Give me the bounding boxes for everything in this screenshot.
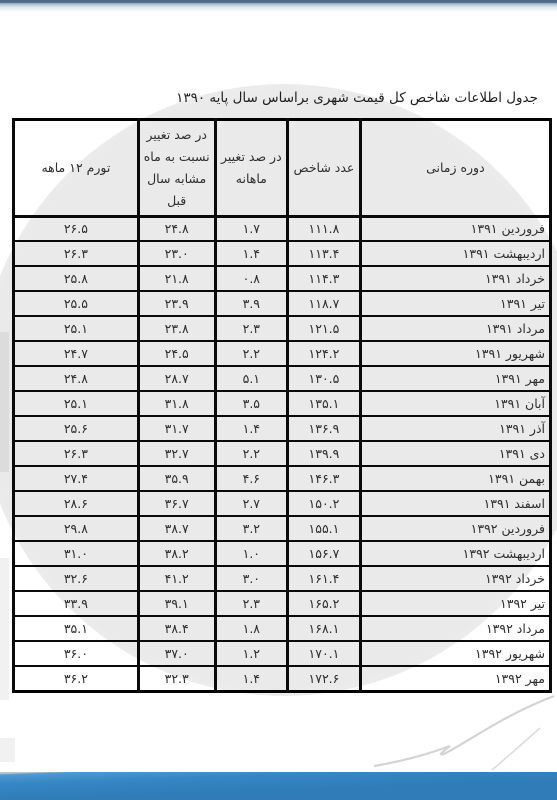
cell-yoy_change: ۳۲.۳ — [138, 666, 215, 691]
table-row: تیر ۱۳۹۱۱۱۸.۷۳.۹۲۳.۹۲۵.۵ — [14, 291, 551, 316]
cell-monthly_change: ۱.۲ — [215, 641, 288, 666]
cell-index: ۱۲۴.۲ — [288, 341, 361, 366]
cell-monthly_change: ۳.۲ — [215, 516, 288, 541]
cell-monthly_change: ۲.۲ — [215, 441, 288, 466]
cell-index: ۱۱۳.۴ — [288, 241, 361, 266]
cell-inflation_12m: ۳۲.۶ — [14, 566, 139, 591]
table-row: آبان ۱۳۹۱۱۳۵.۱۳.۵۳۱.۸۲۵.۱ — [14, 391, 551, 416]
cell-monthly_change: ۱.۰ — [215, 541, 288, 566]
table-row: تیر ۱۳۹۲۱۶۵.۲۲.۳۳۹.۱۳۳.۹ — [14, 591, 551, 616]
cell-yoy_change: ۳۲.۷ — [138, 441, 215, 466]
column-header-index: عدد شاخص — [288, 120, 361, 217]
cell-monthly_change: ۱.۴ — [215, 416, 288, 441]
cell-index: ۱۵۶.۷ — [288, 541, 361, 566]
table-row: فروردین ۱۳۹۲۱۵۵.۱۳.۲۳۸.۷۲۹.۸ — [14, 516, 551, 541]
cell-period: اردیبهشت ۱۳۹۲ — [360, 541, 550, 566]
table-row: خرداد ۱۳۹۱۱۱۴.۳۰.۸۲۱.۸۲۵.۸ — [14, 266, 551, 291]
cell-yoy_change: ۳۶.۷ — [138, 491, 215, 516]
cell-index: ۱۵۵.۱ — [288, 516, 361, 541]
cell-index: ۱۳۰.۵ — [288, 366, 361, 391]
cell-inflation_12m: ۳۶.۰ — [14, 641, 139, 666]
table-body: فروردین ۱۳۹۱۱۱۱.۸۱.۷۲۴.۸۲۶.۵اردیبهشت ۱۳۹… — [14, 216, 551, 691]
cell-period: شهریور ۱۳۹۱ — [360, 341, 550, 366]
scan-artifact-stripe — [0, 558, 9, 700]
table-row: اسفند ۱۳۹۱۱۵۰.۲۲.۷۳۶.۷۲۸.۶ — [14, 491, 551, 516]
cell-period: تیر ۱۳۹۲ — [360, 591, 550, 616]
scan-artifact-stripe — [0, 332, 9, 472]
cell-yoy_change: ۳۸.۷ — [138, 516, 215, 541]
page-title: جدول اطلاعات شاخص کل قیمت شهری براساس سا… — [176, 90, 538, 106]
cell-inflation_12m: ۳۵.۱ — [14, 616, 139, 641]
table-row: دی ۱۳۹۱۱۳۹.۹۲.۲۳۲.۷۲۶.۳ — [14, 441, 551, 466]
table-header: دوره زمانی عدد شاخص در صد تغییر ماهانه د… — [14, 120, 551, 217]
cell-inflation_12m: ۳۱.۰ — [14, 541, 139, 566]
cell-yoy_change: ۲۴.۸ — [138, 216, 215, 241]
cell-period: آذر ۱۳۹۱ — [360, 416, 550, 441]
cell-yoy_change: ۲۳.۰ — [138, 241, 215, 266]
cell-inflation_12m: ۲۹.۸ — [14, 516, 139, 541]
cell-yoy_change: ۲۳.۹ — [138, 291, 215, 316]
table-row: بهمن ۱۳۹۱۱۴۶.۳۴.۶۳۵.۹۲۷.۴ — [14, 466, 551, 491]
background-sketch-lines — [372, 694, 557, 774]
cell-period: اسفند ۱۳۹۱ — [360, 491, 550, 516]
cell-index: ۱۱۱.۸ — [288, 216, 361, 241]
price-index-table: دوره زمانی عدد شاخص در صد تغییر ماهانه د… — [12, 118, 552, 693]
cell-index: ۱۴۶.۳ — [288, 466, 361, 491]
cell-index: ۱۵۰.۲ — [288, 491, 361, 516]
cell-monthly_change: ۳.۵ — [215, 391, 288, 416]
cell-yoy_change: ۲۳.۸ — [138, 316, 215, 341]
cell-monthly_change: ۱.۴ — [215, 666, 288, 691]
table-row: آذر ۱۳۹۱۱۳۶.۹۱.۴۳۱.۷۲۵.۶ — [14, 416, 551, 441]
cell-period: فروردین ۱۳۹۲ — [360, 516, 550, 541]
cell-inflation_12m: ۲۵.۱ — [14, 316, 139, 341]
cell-index: ۱۳۹.۹ — [288, 441, 361, 466]
cell-inflation_12m: ۲۶.۳ — [14, 441, 139, 466]
cell-yoy_change: ۳۵.۹ — [138, 466, 215, 491]
cell-yoy_change: ۳۸.۲ — [138, 541, 215, 566]
cell-index: ۱۳۵.۱ — [288, 391, 361, 416]
cell-index: ۱۷۰.۱ — [288, 641, 361, 666]
cell-period: تیر ۱۳۹۱ — [360, 291, 550, 316]
cell-inflation_12m: ۲۵.۸ — [14, 266, 139, 291]
cell-monthly_change: ۲.۳ — [215, 591, 288, 616]
table-row: مهر ۱۳۹۱۱۳۰.۵۵.۱۲۸.۷۲۴.۸ — [14, 366, 551, 391]
cell-index: ۱۷۲.۶ — [288, 666, 361, 691]
cell-index: ۱۶۱.۴ — [288, 566, 361, 591]
top-edge-bar — [0, 0, 557, 12]
cell-inflation_12m: ۲۵.۵ — [14, 291, 139, 316]
cell-monthly_change: ۱.۸ — [215, 616, 288, 641]
cell-period: دی ۱۳۹۱ — [360, 441, 550, 466]
cell-inflation_12m: ۲۷.۴ — [14, 466, 139, 491]
cell-yoy_change: ۳۸.۴ — [138, 616, 215, 641]
column-header-12m-inflation: تورم ۱۲ ماهه — [14, 120, 139, 217]
cell-period: اردیبهشت ۱۳۹۱ — [360, 241, 550, 266]
table-row: مهر ۱۳۹۲۱۷۲.۶۱.۴۳۲.۳۳۶.۲ — [14, 666, 551, 691]
cell-inflation_12m: ۲۵.۱ — [14, 391, 139, 416]
column-header-period: دوره زمانی — [360, 120, 550, 217]
column-header-monthly-change: در صد تغییر ماهانه — [215, 120, 288, 217]
table-row: شهریور ۱۳۹۱۱۲۴.۲۲.۲۲۴.۵۲۴.۷ — [14, 341, 551, 366]
cell-inflation_12m: ۲۴.۷ — [14, 341, 139, 366]
cell-monthly_change: ۵.۱ — [215, 366, 288, 391]
cell-index: ۱۶۸.۱ — [288, 616, 361, 641]
cell-inflation_12m: ۲۸.۶ — [14, 491, 139, 516]
column-header-yoy-change: در صد تغییر نسبت به ماه مشابه سال قبل — [138, 120, 215, 217]
cell-period: مهر ۱۳۹۲ — [360, 666, 550, 691]
cell-monthly_change: ۱.۷ — [215, 216, 288, 241]
cell-monthly_change: ۲.۳ — [215, 316, 288, 341]
cell-period: مرداد ۱۳۹۱ — [360, 316, 550, 341]
header-row: دوره زمانی عدد شاخص در صد تغییر ماهانه د… — [14, 120, 551, 217]
cell-period: شهریور ۱۳۹۲ — [360, 641, 550, 666]
cell-yoy_change: ۳۱.۷ — [138, 416, 215, 441]
table-row: خرداد ۱۳۹۲۱۶۱.۴۳.۰۴۱.۲۳۲.۶ — [14, 566, 551, 591]
cell-monthly_change: ۳.۹ — [215, 291, 288, 316]
cell-index: ۱۱۴.۳ — [288, 266, 361, 291]
cell-period: فروردین ۱۳۹۱ — [360, 216, 550, 241]
cell-period: بهمن ۱۳۹۱ — [360, 466, 550, 491]
cell-period: خرداد ۱۳۹۱ — [360, 266, 550, 291]
table-row: شهریور ۱۳۹۲۱۷۰.۱۱.۲۳۷.۰۳۶.۰ — [14, 641, 551, 666]
cell-yoy_change: ۳۱.۸ — [138, 391, 215, 416]
cell-inflation_12m: ۲۵.۶ — [14, 416, 139, 441]
cell-index: ۱۶۵.۲ — [288, 591, 361, 616]
cell-period: مرداد ۱۳۹۲ — [360, 616, 550, 641]
cell-yoy_change: ۴۱.۲ — [138, 566, 215, 591]
cell-monthly_change: ۳.۰ — [215, 566, 288, 591]
bottom-edge-bar — [0, 772, 557, 800]
cell-monthly_change: ۲.۷ — [215, 491, 288, 516]
page: جدول اطلاعات شاخص کل قیمت شهری براساس سا… — [0, 0, 557, 800]
table-row: فروردین ۱۳۹۱۱۱۱.۸۱.۷۲۴.۸۲۶.۵ — [14, 216, 551, 241]
cell-index: ۱۲۱.۵ — [288, 316, 361, 341]
table-row: اردیبهشت ۱۳۹۱۱۱۳.۴۱.۴۲۳.۰۲۶.۳ — [14, 241, 551, 266]
cell-index: ۱۳۶.۹ — [288, 416, 361, 441]
cell-yoy_change: ۳۷.۰ — [138, 641, 215, 666]
cell-inflation_12m: ۳۶.۲ — [14, 666, 139, 691]
table-row: مرداد ۱۳۹۱۱۲۱.۵۲.۳۲۳.۸۲۵.۱ — [14, 316, 551, 341]
cell-yoy_change: ۲۸.۷ — [138, 366, 215, 391]
cell-inflation_12m: ۲۶.۵ — [14, 216, 139, 241]
cell-monthly_change: ۴.۶ — [215, 466, 288, 491]
cell-monthly_change: ۰.۸ — [215, 266, 288, 291]
scan-artifact-stripe — [0, 738, 15, 762]
cell-period: آبان ۱۳۹۱ — [360, 391, 550, 416]
cell-yoy_change: ۲۱.۸ — [138, 266, 215, 291]
cell-inflation_12m: ۲۶.۳ — [14, 241, 139, 266]
cell-inflation_12m: ۳۳.۹ — [14, 591, 139, 616]
table-row: مرداد ۱۳۹۲۱۶۸.۱۱.۸۳۸.۴۳۵.۱ — [14, 616, 551, 641]
cell-yoy_change: ۳۹.۱ — [138, 591, 215, 616]
cell-period: خرداد ۱۳۹۲ — [360, 566, 550, 591]
cell-inflation_12m: ۲۴.۸ — [14, 366, 139, 391]
table-row: اردیبهشت ۱۳۹۲۱۵۶.۷۱.۰۳۸.۲۳۱.۰ — [14, 541, 551, 566]
cell-yoy_change: ۲۴.۵ — [138, 341, 215, 366]
cell-index: ۱۱۸.۷ — [288, 291, 361, 316]
cell-monthly_change: ۱.۴ — [215, 241, 288, 266]
cell-monthly_change: ۲.۲ — [215, 341, 288, 366]
cell-period: مهر ۱۳۹۱ — [360, 366, 550, 391]
